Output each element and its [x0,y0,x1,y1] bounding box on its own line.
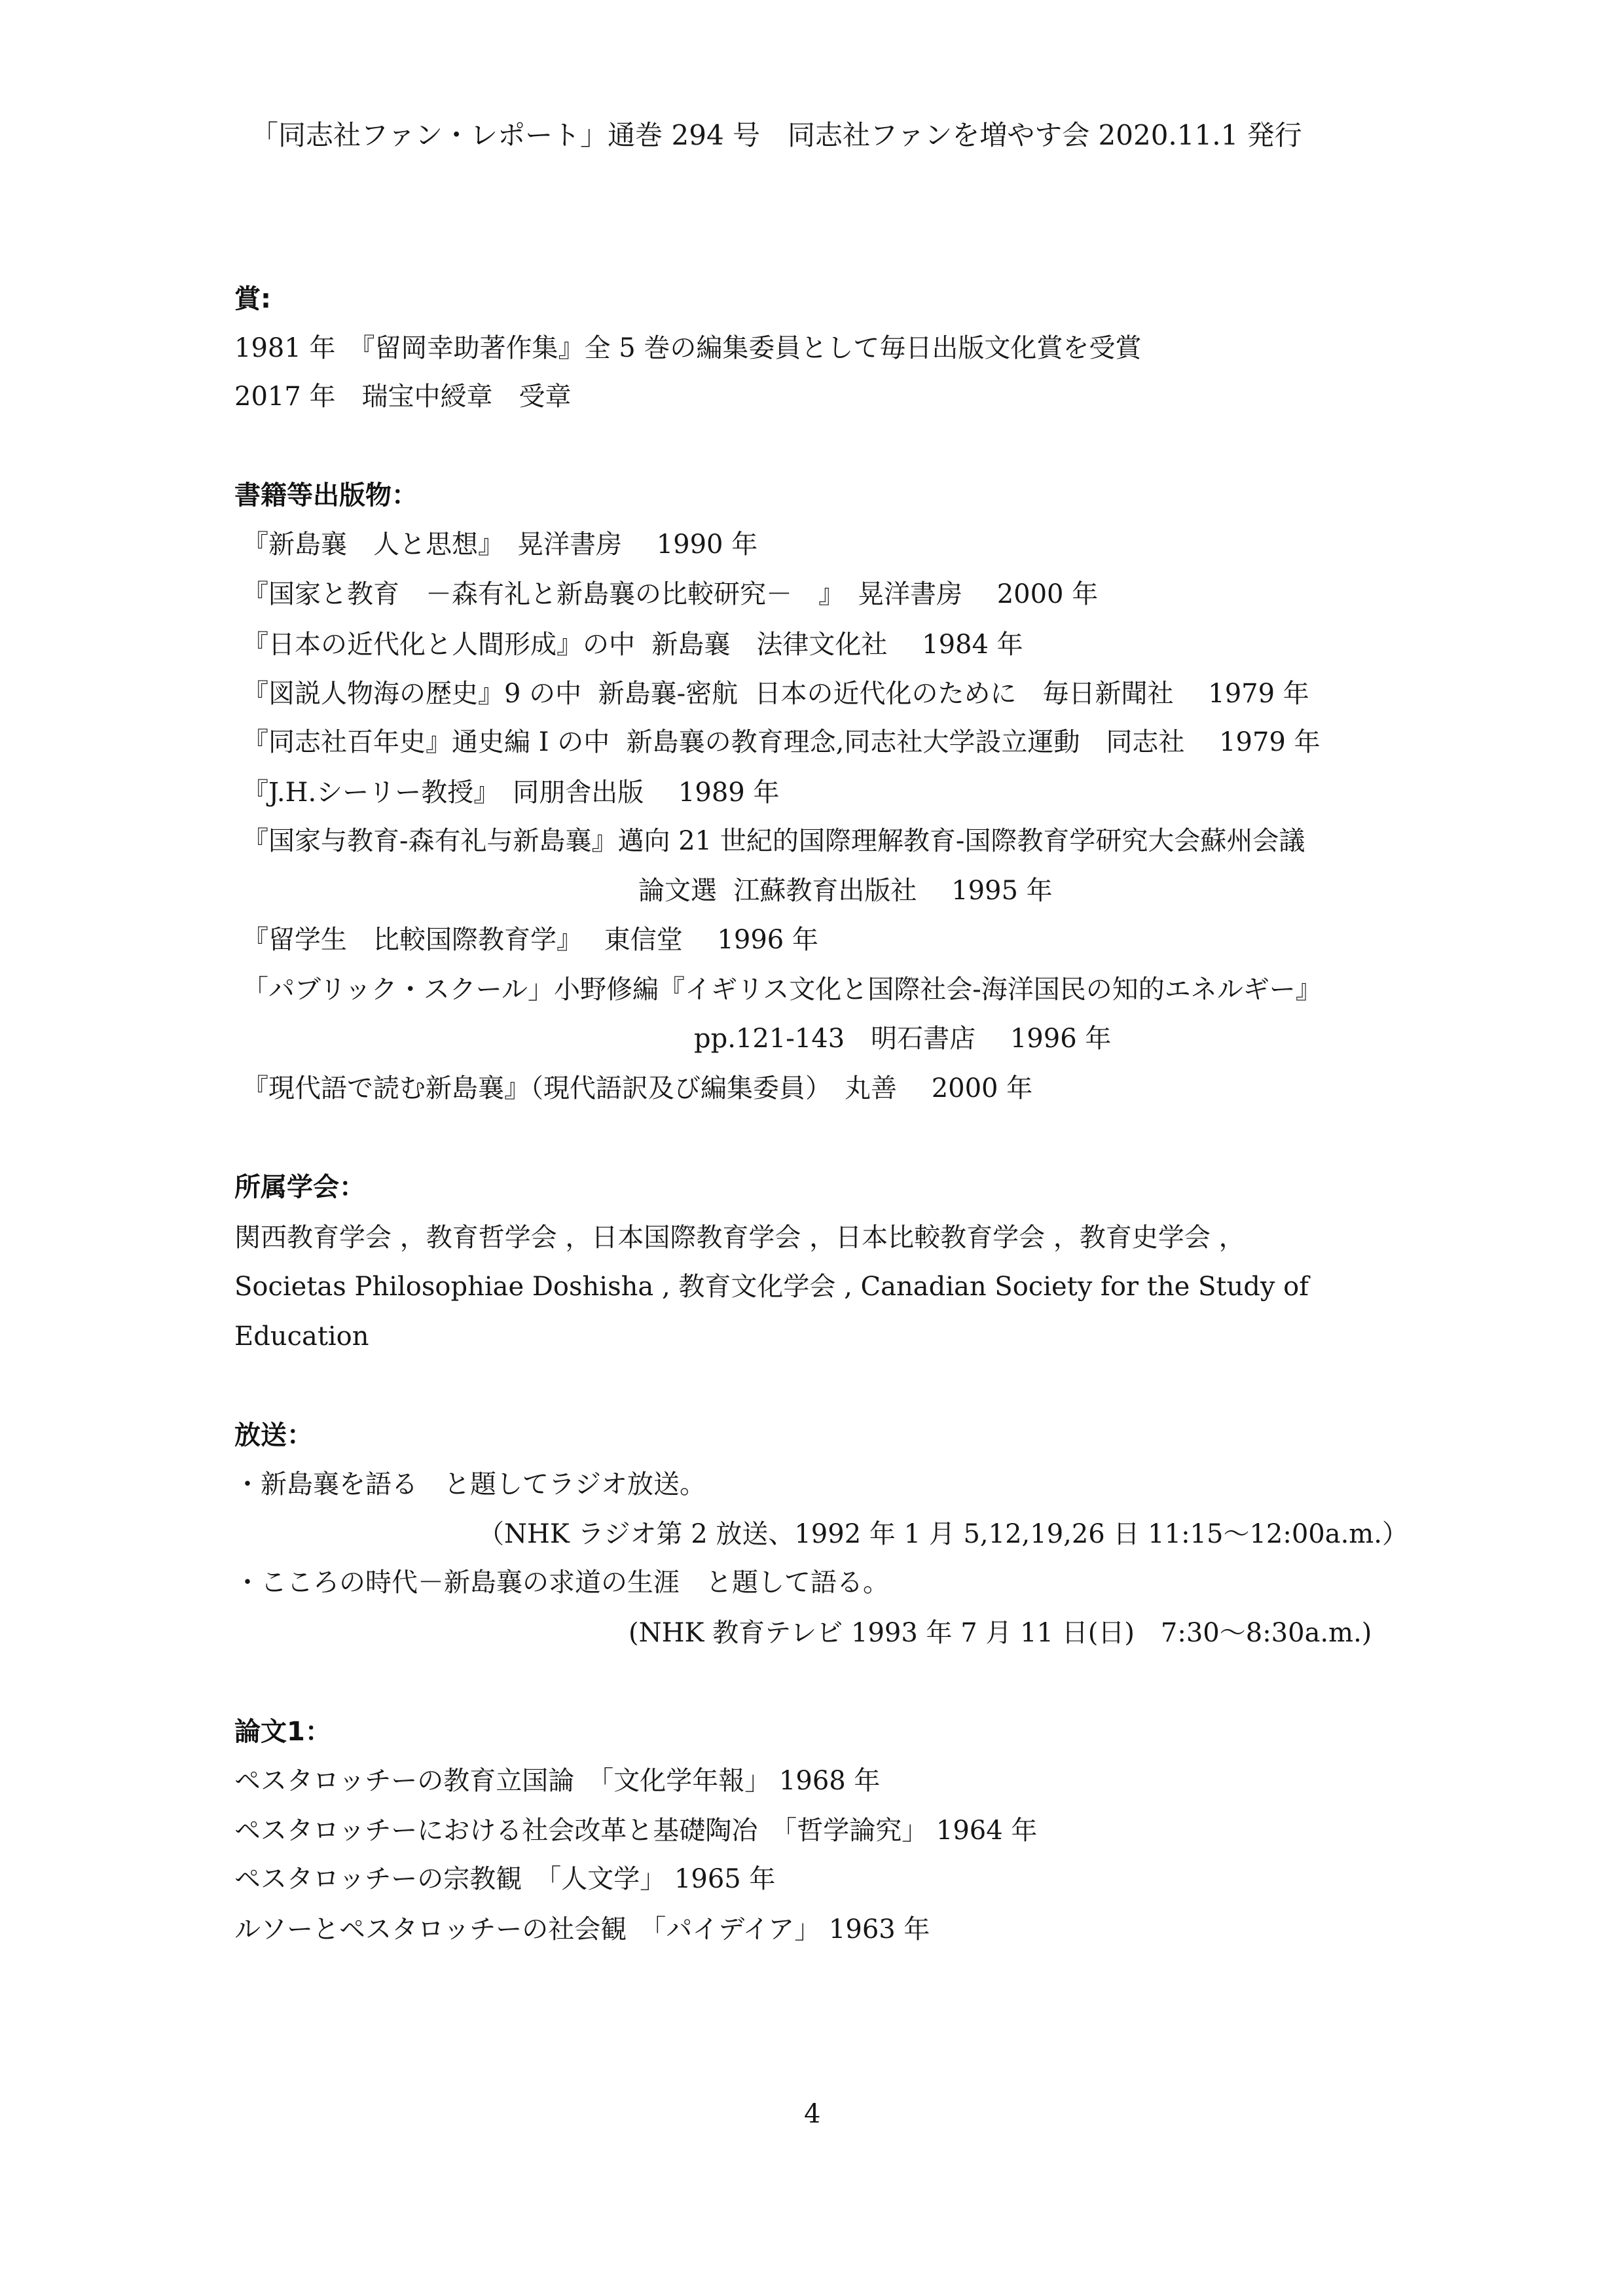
publication-item-continuation: pp.121-143 明石書店 1996 年 [694,1022,1111,1055]
broadcast-title: ・こころの時代－新島襄の求道の生涯 と題して語る。 [234,1566,889,1599]
document-page: 「同志社ファン・レポート」通巻 294 号 同志社ファンを増やす会 2020.1… [0,0,1623,2296]
publication-item: 『J.H.シーリー教授』 同朋舎出版 1989 年 [242,776,779,809]
publication-item: 『同志社百年史』通史編 I の中 新島襄の教育理念,同志社大学設立運動 同志社 … [242,726,1321,759]
section-heading-broadcasts: 放送： [234,1419,313,1452]
publication-item: 『日本の近代化と人間形成』の中 新島襄 法律文化社 1984 年 [242,628,1023,661]
publication-item: 『新島襄 人と思想』 晃洋書房 1990 年 [242,528,757,561]
section-heading-awards: 賞: [234,283,271,315]
paper-item: ルソーとペスタロッチーの社会観 「パイデイア」 1963 年 [234,1913,930,1946]
societies-line: Education [234,1320,369,1353]
broadcast-title: ・新島襄を語る と題してラジオ放送。 [234,1468,706,1501]
societies-line: 関西教育学会 ，教育哲学会 ，日本国際教育学会 ，日本比較教育学会 ，教育史学会… [234,1221,1245,1254]
running-header: 「同志社ファン・レポート」通巻 294 号 同志社ファンを増やす会 2020.1… [251,119,1302,152]
broadcast-detail: (NHK 教育テレビ 1993 年 7 月 11 日(日) 7:30～8:30a… [629,1617,1372,1649]
award-item: 2017 年 瑞宝中綬章 受章 [234,380,572,413]
section-heading-papers: 論文1： [234,1715,331,1748]
publication-item: 『留学生 比較国際教育学』 東信堂 1996 年 [242,924,818,956]
section-heading-publications: 書籍等出版物： [234,479,418,512]
broadcast-detail: （NHK ラジオ第 2 放送、1992 年 1 月 5,12,19,26 日 1… [478,1518,1408,1551]
publication-item: 『国家与教育-森有礼与新島襄』邁向 21 世紀的国際理解教育-国際教育学研究大会… [242,825,1305,857]
publication-item: 『図説人物海の歴史』9 の中 新島襄-密航 日本の近代化のために 毎日新聞社 1… [242,677,1309,710]
paper-item: ペスタロッチーにおける社会改革と基礎陶冶 「哲学論究」 1964 年 [234,1814,1037,1847]
section-heading-societies: 所属学会： [234,1171,365,1204]
award-item: 1981 年 『留岡幸助著作集』全 5 巻の編集委員として毎日出版文化賞を受賞 [234,332,1141,365]
societies-line: Societas Philosophiae Doshisha , 教育文化学会 … [234,1270,1309,1303]
publication-item: 『国家と教育 －森有礼と新島襄の比較研究－ 』 晃洋書房 2000 年 [242,578,1098,611]
paper-item: ペスタロッチーの教育立国論 「文化学年報」 1968 年 [234,1765,880,1797]
publication-item: 『現代語で読む新島襄』（現代語訳及び編集委員） 丸善 2000 年 [242,1072,1032,1105]
publication-item-continuation: 論文選 江蘇教育出版社 1995 年 [638,874,1053,907]
page-number: 4 [804,2098,820,2130]
paper-item: ペスタロッチーの宗教観 「人文学」 1965 年 [234,1863,775,1895]
publication-item: 「パブリック・スクール」小野修編『イギリス文化と国際社会-海洋国民の知的エネルギ… [242,973,1322,1006]
